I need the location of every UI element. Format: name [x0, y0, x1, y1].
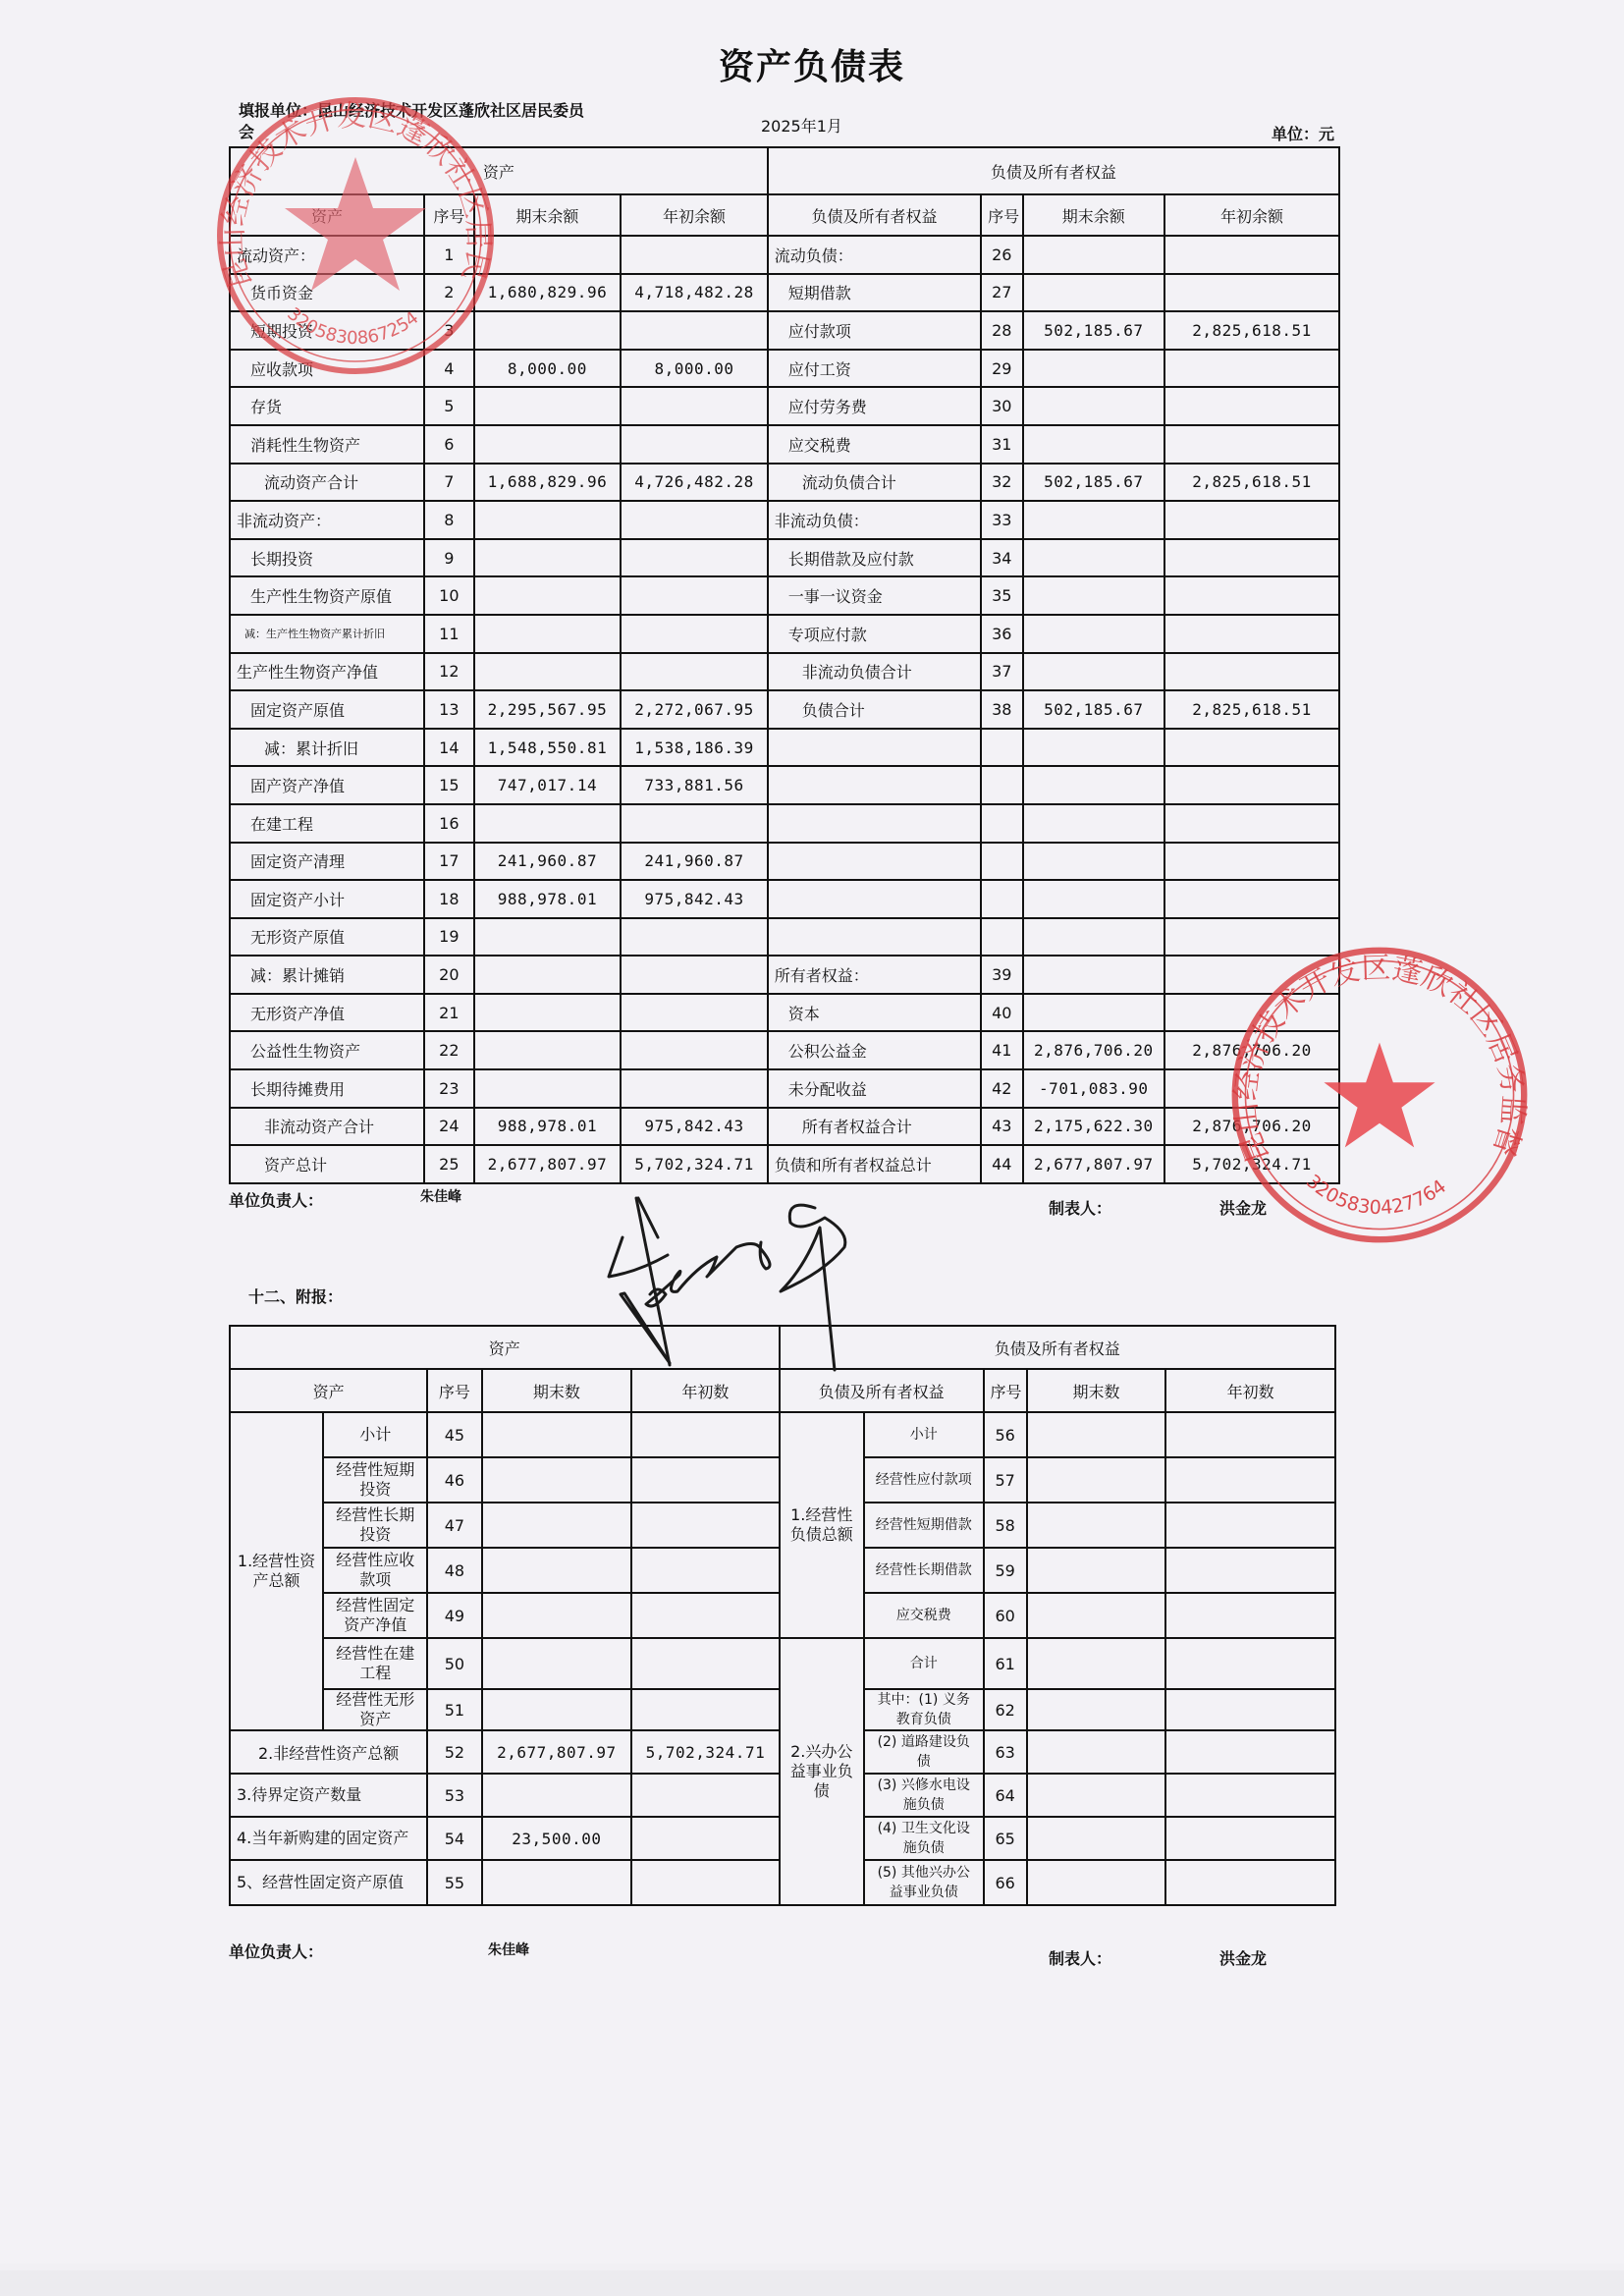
asset-label: 消耗性生物资产	[230, 425, 424, 464]
year-begin-value	[621, 576, 768, 615]
row-number: 15	[424, 766, 474, 804]
period-end-value	[1023, 236, 1165, 274]
year-begin-value	[1164, 387, 1339, 425]
period-end-value	[482, 1638, 632, 1689]
year-begin-value	[1164, 274, 1339, 312]
year-begin-value	[1165, 1412, 1335, 1457]
reporting-unit: 填报单位：昆山经济技术开发区蓬欣社区居民委员	[239, 98, 584, 121]
table-row: 非流动资产合计24988,978.01975,842.43所有者权益合计432,…	[230, 1108, 1339, 1146]
year-begin-value	[1164, 576, 1339, 615]
table-row: 长期投资9长期借款及应付款34	[230, 539, 1339, 577]
liability-label: 公积公益金	[768, 1031, 981, 1069]
year-begin-value	[631, 1774, 779, 1817]
period-end-value: 2,677,807.97	[1023, 1145, 1165, 1183]
unit-head-name-2: 朱佳峰	[488, 1940, 529, 1959]
table-row: 长期待摊费用23未分配收益42-701,083.90	[230, 1069, 1339, 1108]
row-number: 66	[984, 1860, 1027, 1905]
period-end-value	[474, 615, 622, 653]
period-end-value	[1027, 1817, 1166, 1860]
year-begin-value	[1164, 1069, 1339, 1108]
year-begin-value: 241,960.87	[621, 843, 768, 881]
liability-label: 未分配收益	[768, 1069, 981, 1108]
period-end-value	[474, 425, 622, 464]
period-end-value	[1023, 994, 1165, 1032]
year-begin-value	[1165, 1689, 1335, 1730]
row-number: 52	[427, 1730, 481, 1774]
liability-label	[768, 880, 981, 918]
row-number: 39	[981, 956, 1022, 994]
year-begin-value: 2,825,618.51	[1164, 690, 1339, 729]
col-header-begin: 年初数	[1165, 1369, 1335, 1412]
table-row: 减：生产性生物资产累计折旧11专项应付款36	[230, 615, 1339, 653]
col-header-end: 期末数	[1027, 1369, 1166, 1412]
year-begin-value	[1164, 729, 1339, 767]
liability-label: 小计	[864, 1412, 984, 1457]
period-end-value	[1027, 1593, 1166, 1638]
asset-label: 流动资产合计	[230, 464, 424, 502]
period-end-value	[1023, 387, 1165, 425]
liability-label: 经营性短期借款	[864, 1503, 984, 1548]
period-end-value	[482, 1774, 632, 1817]
row-number: 32	[981, 464, 1022, 502]
year-begin-value: 2,825,618.51	[1164, 464, 1339, 502]
year-begin-value	[631, 1412, 779, 1457]
year-begin-value	[621, 425, 768, 464]
year-begin-value: 975,842.43	[621, 880, 768, 918]
year-begin-value	[621, 804, 768, 843]
liability-group-label: 2.兴办公益事业负债	[780, 1638, 864, 1905]
year-begin-value: 2,876,706.20	[1164, 1031, 1339, 1069]
liability-label: 一事一议资金	[768, 576, 981, 615]
asset-label: 经营性短期投资	[323, 1457, 427, 1503]
period-end-value	[1023, 615, 1165, 653]
liability-label: (2) 道路建设负债	[864, 1730, 984, 1774]
year-begin-value	[1164, 956, 1339, 994]
year-begin-value	[621, 956, 768, 994]
liability-label	[768, 729, 981, 767]
year-begin-value	[1164, 539, 1339, 577]
row-number: 12	[424, 653, 474, 691]
row-number: 25	[424, 1145, 474, 1183]
year-begin-value	[1164, 615, 1339, 653]
year-begin-value: 5,702,324.71	[631, 1730, 779, 1774]
year-begin-value	[1164, 804, 1339, 843]
year-begin-value	[1164, 425, 1339, 464]
year-begin-value: 4,718,482.28	[621, 274, 768, 312]
year-begin-value: 5,702,324.71	[621, 1145, 768, 1183]
year-begin-value	[621, 387, 768, 425]
row-number: 46	[427, 1457, 481, 1503]
row-number: 33	[981, 501, 1022, 539]
col-header-liability: 负债及所有者权益	[768, 194, 981, 236]
period-end-value: 502,185.67	[1023, 311, 1165, 350]
table-row: 固定资产小计18988,978.01975,842.43	[230, 880, 1339, 918]
row-number	[981, 766, 1022, 804]
table-row: 减：累计摊销20所有者权益：39	[230, 956, 1339, 994]
row-number: 49	[427, 1593, 481, 1638]
row-number: 42	[981, 1069, 1022, 1108]
row-number: 21	[424, 994, 474, 1032]
row-number: 43	[981, 1108, 1022, 1146]
period-end-value	[474, 918, 622, 957]
liability-label: 经营性长期借款	[864, 1548, 984, 1593]
year-begin-value	[1164, 236, 1339, 274]
liability-label: 长期借款及应付款	[768, 539, 981, 577]
row-number: 6	[424, 425, 474, 464]
section-liabilities-header: 负债及所有者权益	[768, 147, 1339, 194]
liability-label: 负债合计	[768, 690, 981, 729]
reporting-unit-wrap: 会	[239, 120, 254, 142]
liability-label: 资本	[768, 994, 981, 1032]
asset-label: 生产性生物资产净值	[230, 653, 424, 691]
period-end-value	[1023, 729, 1165, 767]
row-number: 38	[981, 690, 1022, 729]
period-end-value: 2,876,706.20	[1023, 1031, 1165, 1069]
col-header-begin: 年初余额	[621, 194, 768, 236]
period-end-value	[482, 1503, 632, 1548]
period-end-value	[474, 576, 622, 615]
asset-label: 无形资产原值	[230, 918, 424, 957]
period-end-value: 1,548,550.81	[474, 729, 622, 767]
row-number: 22	[424, 1031, 474, 1069]
period-end-value	[1023, 956, 1165, 994]
year-begin-value	[621, 311, 768, 350]
period-end-value	[1023, 766, 1165, 804]
asset-label: 经营性长期投资	[323, 1503, 427, 1548]
period-end-value	[474, 653, 622, 691]
period-end-value	[474, 804, 622, 843]
row-number: 35	[981, 576, 1022, 615]
year-begin-value	[1165, 1860, 1335, 1905]
col-header-begin: 年初余额	[1164, 194, 1339, 236]
table-row: 货币资金21,680,829.964,718,482.28短期借款27	[230, 274, 1339, 312]
year-begin-value: 5,702,324.71	[1164, 1145, 1339, 1183]
table-row: 无形资产净值21资本40	[230, 994, 1339, 1032]
row-number: 29	[981, 350, 1022, 388]
liability-label: 所有者权益：	[768, 956, 981, 994]
year-begin-value	[621, 501, 768, 539]
liability-label	[768, 804, 981, 843]
appendix-heading: 十二、附报：	[248, 1285, 343, 1307]
row-number	[981, 804, 1022, 843]
row-number: 54	[427, 1817, 481, 1860]
table-row: 公益性生物资产22公积公益金412,876,706.202,876,706.20	[230, 1031, 1339, 1069]
row-number: 62	[984, 1689, 1027, 1730]
period-end-value	[1027, 1503, 1166, 1548]
row-number: 14	[424, 729, 474, 767]
asset-label: 经营性在建工程	[323, 1638, 427, 1689]
row-number: 61	[984, 1638, 1027, 1689]
table-row: 生产性生物资产净值12非流动负债合计37	[230, 653, 1339, 691]
period-end-value	[474, 956, 622, 994]
period-end-value: 2,295,567.95	[474, 690, 622, 729]
period-end-value	[1023, 539, 1165, 577]
row-number: 45	[427, 1412, 481, 1457]
period-end-value	[482, 1593, 632, 1638]
asset-label: 减：累计摊销	[230, 956, 424, 994]
liability-label: 应付款项	[768, 311, 981, 350]
liability-label: 应交税费	[864, 1593, 984, 1638]
col-header-asset: 资产	[230, 194, 424, 236]
year-begin-value: 2,876,706.20	[1164, 1108, 1339, 1146]
asset-label: 5、经营性固定资产原值	[230, 1860, 427, 1905]
year-begin-value	[631, 1638, 779, 1689]
year-begin-value	[631, 1503, 779, 1548]
row-number: 51	[427, 1689, 481, 1730]
asset-label: 经营性固定资产净值	[323, 1593, 427, 1638]
balance-sheet-table: 资产 负债及所有者权益 资产 序号 期末余额 年初余额 负债及所有者权益 序号 …	[229, 146, 1340, 1184]
year-begin-value	[1164, 501, 1339, 539]
liability-group-label: 1.经营性负债总额	[780, 1412, 864, 1638]
row-number: 41	[981, 1031, 1022, 1069]
period-end-value	[482, 1457, 632, 1503]
period-end-value	[1027, 1457, 1166, 1503]
row-number: 50	[427, 1638, 481, 1689]
table-row: 资产总计252,677,807.975,702,324.71负债和所有者权益总计…	[230, 1145, 1339, 1183]
row-number: 31	[981, 425, 1022, 464]
row-number: 59	[984, 1548, 1027, 1593]
appendix-section-liabilities: 负债及所有者权益	[780, 1326, 1335, 1369]
period-end-value	[482, 1860, 632, 1905]
year-begin-value	[1165, 1457, 1335, 1503]
period-end-value: 1,688,829.96	[474, 464, 622, 502]
period-end-value	[474, 1031, 622, 1069]
row-number: 34	[981, 539, 1022, 577]
year-begin-value	[1164, 880, 1339, 918]
liability-label: (5) 其他兴办公益事业负债	[864, 1860, 984, 1905]
period-end-value	[1027, 1774, 1166, 1817]
liability-label: 负债和所有者权益总计	[768, 1145, 981, 1183]
row-number: 40	[981, 994, 1022, 1032]
period-end-value: 2,175,622.30	[1023, 1108, 1165, 1146]
year-begin-value	[631, 1860, 779, 1905]
period-end-value	[1023, 653, 1165, 691]
row-number: 28	[981, 311, 1022, 350]
liability-label: 流动负债合计	[768, 464, 981, 502]
liability-label: 应付劳务费	[768, 387, 981, 425]
row-number: 2	[424, 274, 474, 312]
row-number: 56	[984, 1412, 1027, 1457]
asset-label: 非流动资产：	[230, 501, 424, 539]
row-number: 27	[981, 274, 1022, 312]
liability-label: 应付工资	[768, 350, 981, 388]
asset-label: 存货	[230, 387, 424, 425]
row-number: 24	[424, 1108, 474, 1146]
liability-label: 短期借款	[768, 274, 981, 312]
table-row: 消耗性生物资产6应交税费31	[230, 425, 1339, 464]
section-assets-header: 资产	[230, 147, 768, 194]
row-number: 60	[984, 1593, 1027, 1638]
table-row: 1.经营性资产总额小计451.经营性负债总额小计56	[230, 1412, 1335, 1457]
row-number	[981, 843, 1022, 881]
col-header-liability: 负债及所有者权益	[780, 1369, 984, 1412]
period-end-value: 1,680,829.96	[474, 274, 622, 312]
period-end-value	[1027, 1860, 1166, 1905]
row-number: 23	[424, 1069, 474, 1108]
year-begin-value	[1165, 1548, 1335, 1593]
year-begin-value	[631, 1593, 779, 1638]
asset-label: 无形资产净值	[230, 994, 424, 1032]
row-number: 1	[424, 236, 474, 274]
page-bottom-strip	[0, 2270, 1624, 2296]
period-end-value	[1023, 501, 1165, 539]
document-title: 资产负债表	[0, 39, 1624, 89]
liability-label: 流动负债：	[768, 236, 981, 274]
asset-label: 公益性生物资产	[230, 1031, 424, 1069]
col-header-end: 期末数	[482, 1369, 632, 1412]
period-end-value	[474, 387, 622, 425]
report-period: 2025年1月	[761, 114, 842, 137]
year-begin-value	[1165, 1503, 1335, 1548]
period-end-value: 988,978.01	[474, 1108, 622, 1146]
row-number: 47	[427, 1503, 481, 1548]
table-row: 生产性生物资产原值10一事一议资金35	[230, 576, 1339, 615]
preparer-label-2: 制表人：	[1049, 1946, 1111, 1969]
year-begin-value	[621, 539, 768, 577]
liability-label: (3) 兴修水电设施负债	[864, 1774, 984, 1817]
year-begin-value	[631, 1548, 779, 1593]
row-number: 10	[424, 576, 474, 615]
period-end-value	[482, 1412, 632, 1457]
asset-label: 减：累计折旧	[230, 729, 424, 767]
year-begin-value: 4,726,482.28	[621, 464, 768, 502]
table-row: 在建工程16	[230, 804, 1339, 843]
asset-label: 长期待摊费用	[230, 1069, 424, 1108]
table-row: 无形资产原值19	[230, 918, 1339, 957]
liability-label	[768, 766, 981, 804]
period-end-value: -701,083.90	[1023, 1069, 1165, 1108]
table-row: 经营性在建工程502.兴办公益事业负债合计61	[230, 1638, 1335, 1689]
year-begin-value	[1165, 1638, 1335, 1689]
row-number: 7	[424, 464, 474, 502]
col-header-no: 序号	[981, 194, 1022, 236]
preparer-name-2: 洪金龙	[1219, 1946, 1267, 1969]
period-end-value	[1023, 350, 1165, 388]
liability-label: 其中：(1) 义务教育负债	[864, 1689, 984, 1730]
year-begin-value	[621, 918, 768, 957]
row-number: 48	[427, 1548, 481, 1593]
currency-unit: 单位：元	[1272, 122, 1334, 144]
row-number: 30	[981, 387, 1022, 425]
asset-label: 非流动资产合计	[230, 1108, 424, 1146]
row-number	[981, 729, 1022, 767]
period-end-value	[1027, 1548, 1166, 1593]
period-end-value: 2,677,807.97	[482, 1730, 632, 1774]
year-begin-value	[1165, 1730, 1335, 1774]
row-number: 57	[984, 1457, 1027, 1503]
asset-label: 生产性生物资产原值	[230, 576, 424, 615]
year-begin-value	[631, 1689, 779, 1730]
year-begin-value	[1164, 766, 1339, 804]
row-number: 20	[424, 956, 474, 994]
table-row: 固定资产清理17241,960.87241,960.87	[230, 843, 1339, 881]
year-begin-value: 2,272,067.95	[621, 690, 768, 729]
col-header-no: 序号	[424, 194, 474, 236]
year-begin-value	[1164, 994, 1339, 1032]
year-begin-value	[1165, 1774, 1335, 1817]
table-row: 流动资产合计71,688,829.964,726,482.28流动负债合计325…	[230, 464, 1339, 502]
asset-label: 4.当年新购建的固定资产	[230, 1817, 427, 1860]
year-begin-value: 975,842.43	[621, 1108, 768, 1146]
preparer-name: 洪金龙	[1219, 1196, 1267, 1219]
asset-group-label: 1.经营性资产总额	[230, 1412, 323, 1730]
year-begin-value	[621, 1069, 768, 1108]
table-row: 减：累计折旧141,548,550.811,538,186.39	[230, 729, 1339, 767]
asset-label: 固产资产净值	[230, 766, 424, 804]
row-number: 64	[984, 1774, 1027, 1817]
liability-label: 所有者权益合计	[768, 1108, 981, 1146]
year-begin-value	[621, 1031, 768, 1069]
liability-label: 非流动负债合计	[768, 653, 981, 691]
row-number: 9	[424, 539, 474, 577]
table-row: 固产资产净值15747,017.14733,881.56	[230, 766, 1339, 804]
period-end-value: 241,960.87	[474, 843, 622, 881]
period-end-value	[1023, 576, 1165, 615]
row-number	[981, 918, 1022, 957]
period-end-value	[474, 1069, 622, 1108]
asset-label: 长期投资	[230, 539, 424, 577]
period-end-value	[474, 311, 622, 350]
unit-head-name: 朱佳峰	[420, 1186, 461, 1206]
table-row: 应收款项48,000.008,000.00应付工资29	[230, 350, 1339, 388]
row-number: 8	[424, 501, 474, 539]
year-begin-value	[1165, 1593, 1335, 1638]
period-end-value: 23,500.00	[482, 1817, 632, 1860]
table-row: 非流动资产：8非流动负债：33	[230, 501, 1339, 539]
period-end-value: 988,978.01	[474, 880, 622, 918]
asset-label: 经营性应收款项	[323, 1548, 427, 1593]
table-row: 流动资产：1流动负债：26	[230, 236, 1339, 274]
row-number: 11	[424, 615, 474, 653]
asset-label: 固定资产原值	[230, 690, 424, 729]
unit-head-label-2: 单位负责人：	[229, 1940, 323, 1962]
row-number: 58	[984, 1503, 1027, 1548]
period-end-value	[1027, 1412, 1166, 1457]
row-number: 63	[984, 1730, 1027, 1774]
period-end-value	[474, 236, 622, 274]
liability-label: 经营性应付款项	[864, 1457, 984, 1503]
row-number: 19	[424, 918, 474, 957]
liability-label: 专项应付款	[768, 615, 981, 653]
row-number: 5	[424, 387, 474, 425]
period-end-value: 502,185.67	[1023, 690, 1165, 729]
period-end-value	[474, 501, 622, 539]
year-begin-value	[621, 653, 768, 691]
asset-label: 货币资金	[230, 274, 424, 312]
unit-head-label: 单位负责人：	[229, 1188, 323, 1211]
year-begin-value	[1164, 918, 1339, 957]
year-begin-value	[1164, 653, 1339, 691]
row-number: 4	[424, 350, 474, 388]
row-number: 65	[984, 1817, 1027, 1860]
asset-label: 经营性无形资产	[323, 1689, 427, 1730]
asset-label: 资产总计	[230, 1145, 424, 1183]
asset-label: 流动资产：	[230, 236, 424, 274]
year-begin-value: 733,881.56	[621, 766, 768, 804]
year-begin-value	[621, 994, 768, 1032]
row-number: 36	[981, 615, 1022, 653]
liability-label	[768, 843, 981, 881]
liability-label: 应交税费	[768, 425, 981, 464]
period-end-value: 8,000.00	[474, 350, 622, 388]
asset-label: 小计	[323, 1412, 427, 1457]
asset-label: 在建工程	[230, 804, 424, 843]
table-row: 存货5应付劳务费30	[230, 387, 1339, 425]
period-end-value	[1023, 274, 1165, 312]
period-end-value	[1023, 918, 1165, 957]
year-begin-value	[1164, 350, 1339, 388]
row-number: 44	[981, 1145, 1022, 1183]
